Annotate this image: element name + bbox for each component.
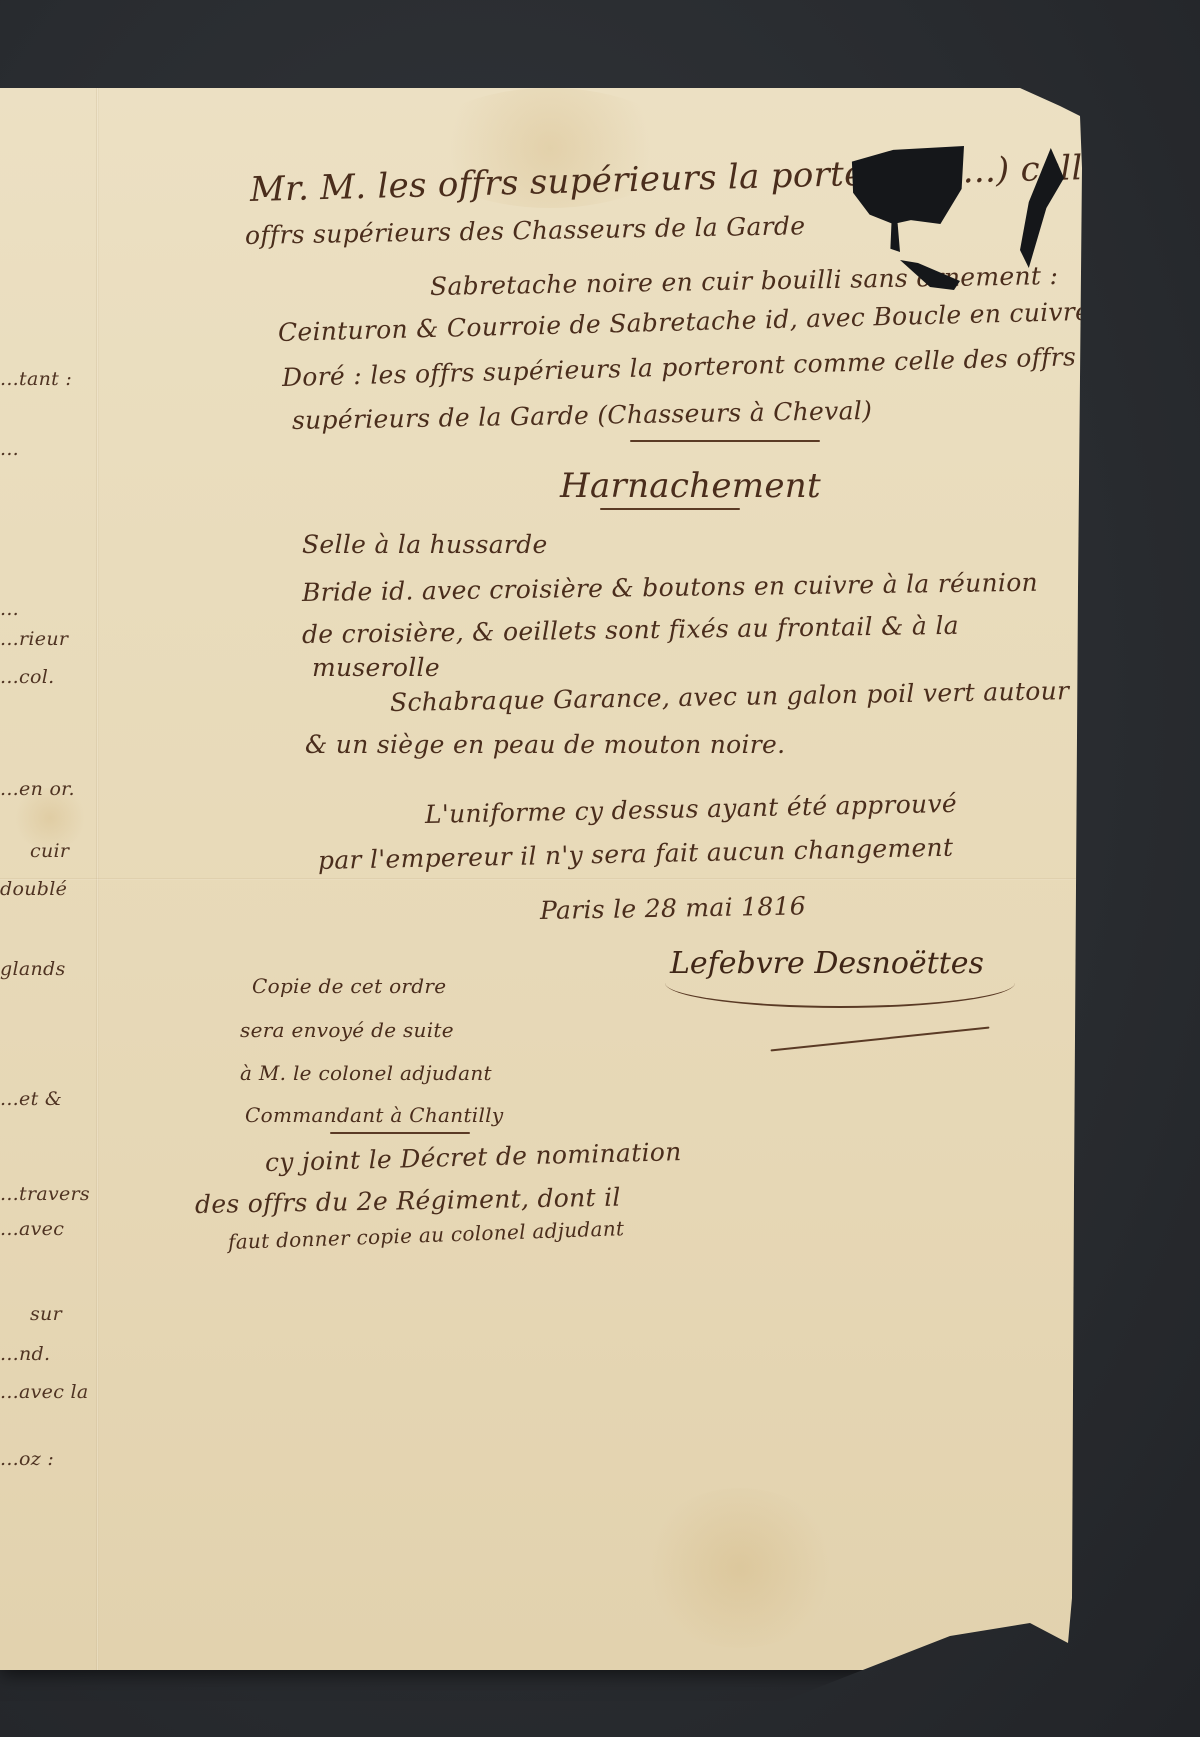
- fragment-line: ...rieur: [0, 628, 68, 650]
- page-fold-horizontal: [0, 878, 1110, 880]
- text-line: Ceinturon & Courroie de Sabretache id, a…: [278, 297, 1091, 347]
- text-line: de croisière, & oeillets sont fixés au f…: [302, 611, 959, 649]
- fragment-line: ...nd.: [0, 1343, 50, 1365]
- fragment-line: ...avec: [0, 1218, 64, 1240]
- text-line: Schabraque Garance, avec un galon poil v…: [390, 676, 1070, 717]
- note-divider: [330, 1132, 470, 1134]
- underline: [630, 440, 820, 442]
- fragment-line: sur: [30, 1303, 62, 1325]
- text-line: Bride id. avec croisière & boutons en cu…: [302, 568, 1038, 607]
- text-line: muserolle: [312, 653, 440, 682]
- text-line: Doré : les offrs supérieurs la porteront…: [282, 342, 1077, 392]
- signature-underline: [770, 1027, 989, 1052]
- text-line: Mr. M. les offrs supérieurs la porteront…: [249, 147, 1146, 210]
- fragment-line: ...col.: [0, 666, 54, 688]
- postscript-line: des offrs du 2e Régiment, dont il: [195, 1183, 621, 1219]
- fragment-line: ...: [0, 598, 19, 620]
- fragment-line: doublé: [0, 878, 67, 900]
- section-heading: Harnachement: [560, 466, 821, 506]
- text-line: par l'empereur il n'y sera fait aucun ch…: [318, 833, 954, 875]
- fragment-line: ...tant :: [0, 368, 72, 390]
- note-line: Copie de cet ordre: [252, 974, 446, 998]
- text-line: L'uniforme cy dessus ayant été approuvé: [425, 789, 958, 829]
- fragment-line: ...travers: [0, 1183, 90, 1205]
- postscript-line: cy joint le Décret de nomination: [265, 1137, 682, 1177]
- note-line: à M. le colonel adjudant: [240, 1061, 492, 1085]
- text-line: Sabretache noire en cuir bouilli sans or…: [430, 261, 1059, 301]
- fragment-line: ...: [0, 438, 19, 460]
- text-line: Selle à la hussarde: [302, 530, 548, 559]
- heading-underline: [600, 508, 740, 510]
- paper-stain: [640, 1488, 840, 1648]
- text-line: offrs supérieurs des Chasseurs de la Gar…: [245, 211, 806, 250]
- note-line: sera envoyé de suite: [240, 1018, 454, 1042]
- text-line: & un siège en peau de mouton noire.: [305, 730, 785, 759]
- note-line: Commandant à Chantilly: [245, 1103, 503, 1127]
- fragment-line: ...avec la: [0, 1381, 89, 1403]
- fragment-line: ...en or.: [0, 778, 75, 800]
- postscript-line: faut donner copie au colonel adjudant: [228, 1216, 625, 1254]
- manuscript-paper: ...tant : ... ... ...rieur ...col. ...en…: [0, 88, 1110, 1670]
- fragment-line: ...oz :: [0, 1448, 54, 1470]
- signature-flourish: [665, 958, 1015, 1008]
- fragment-line: ...et &: [0, 1088, 62, 1110]
- fragment-line: glands: [0, 958, 66, 980]
- text-line: supérieurs de la Garde (Chasseurs à Chev…: [292, 396, 873, 435]
- date-line: Paris le 28 mai 1816: [540, 891, 806, 925]
- fragment-line: cuir: [30, 840, 69, 862]
